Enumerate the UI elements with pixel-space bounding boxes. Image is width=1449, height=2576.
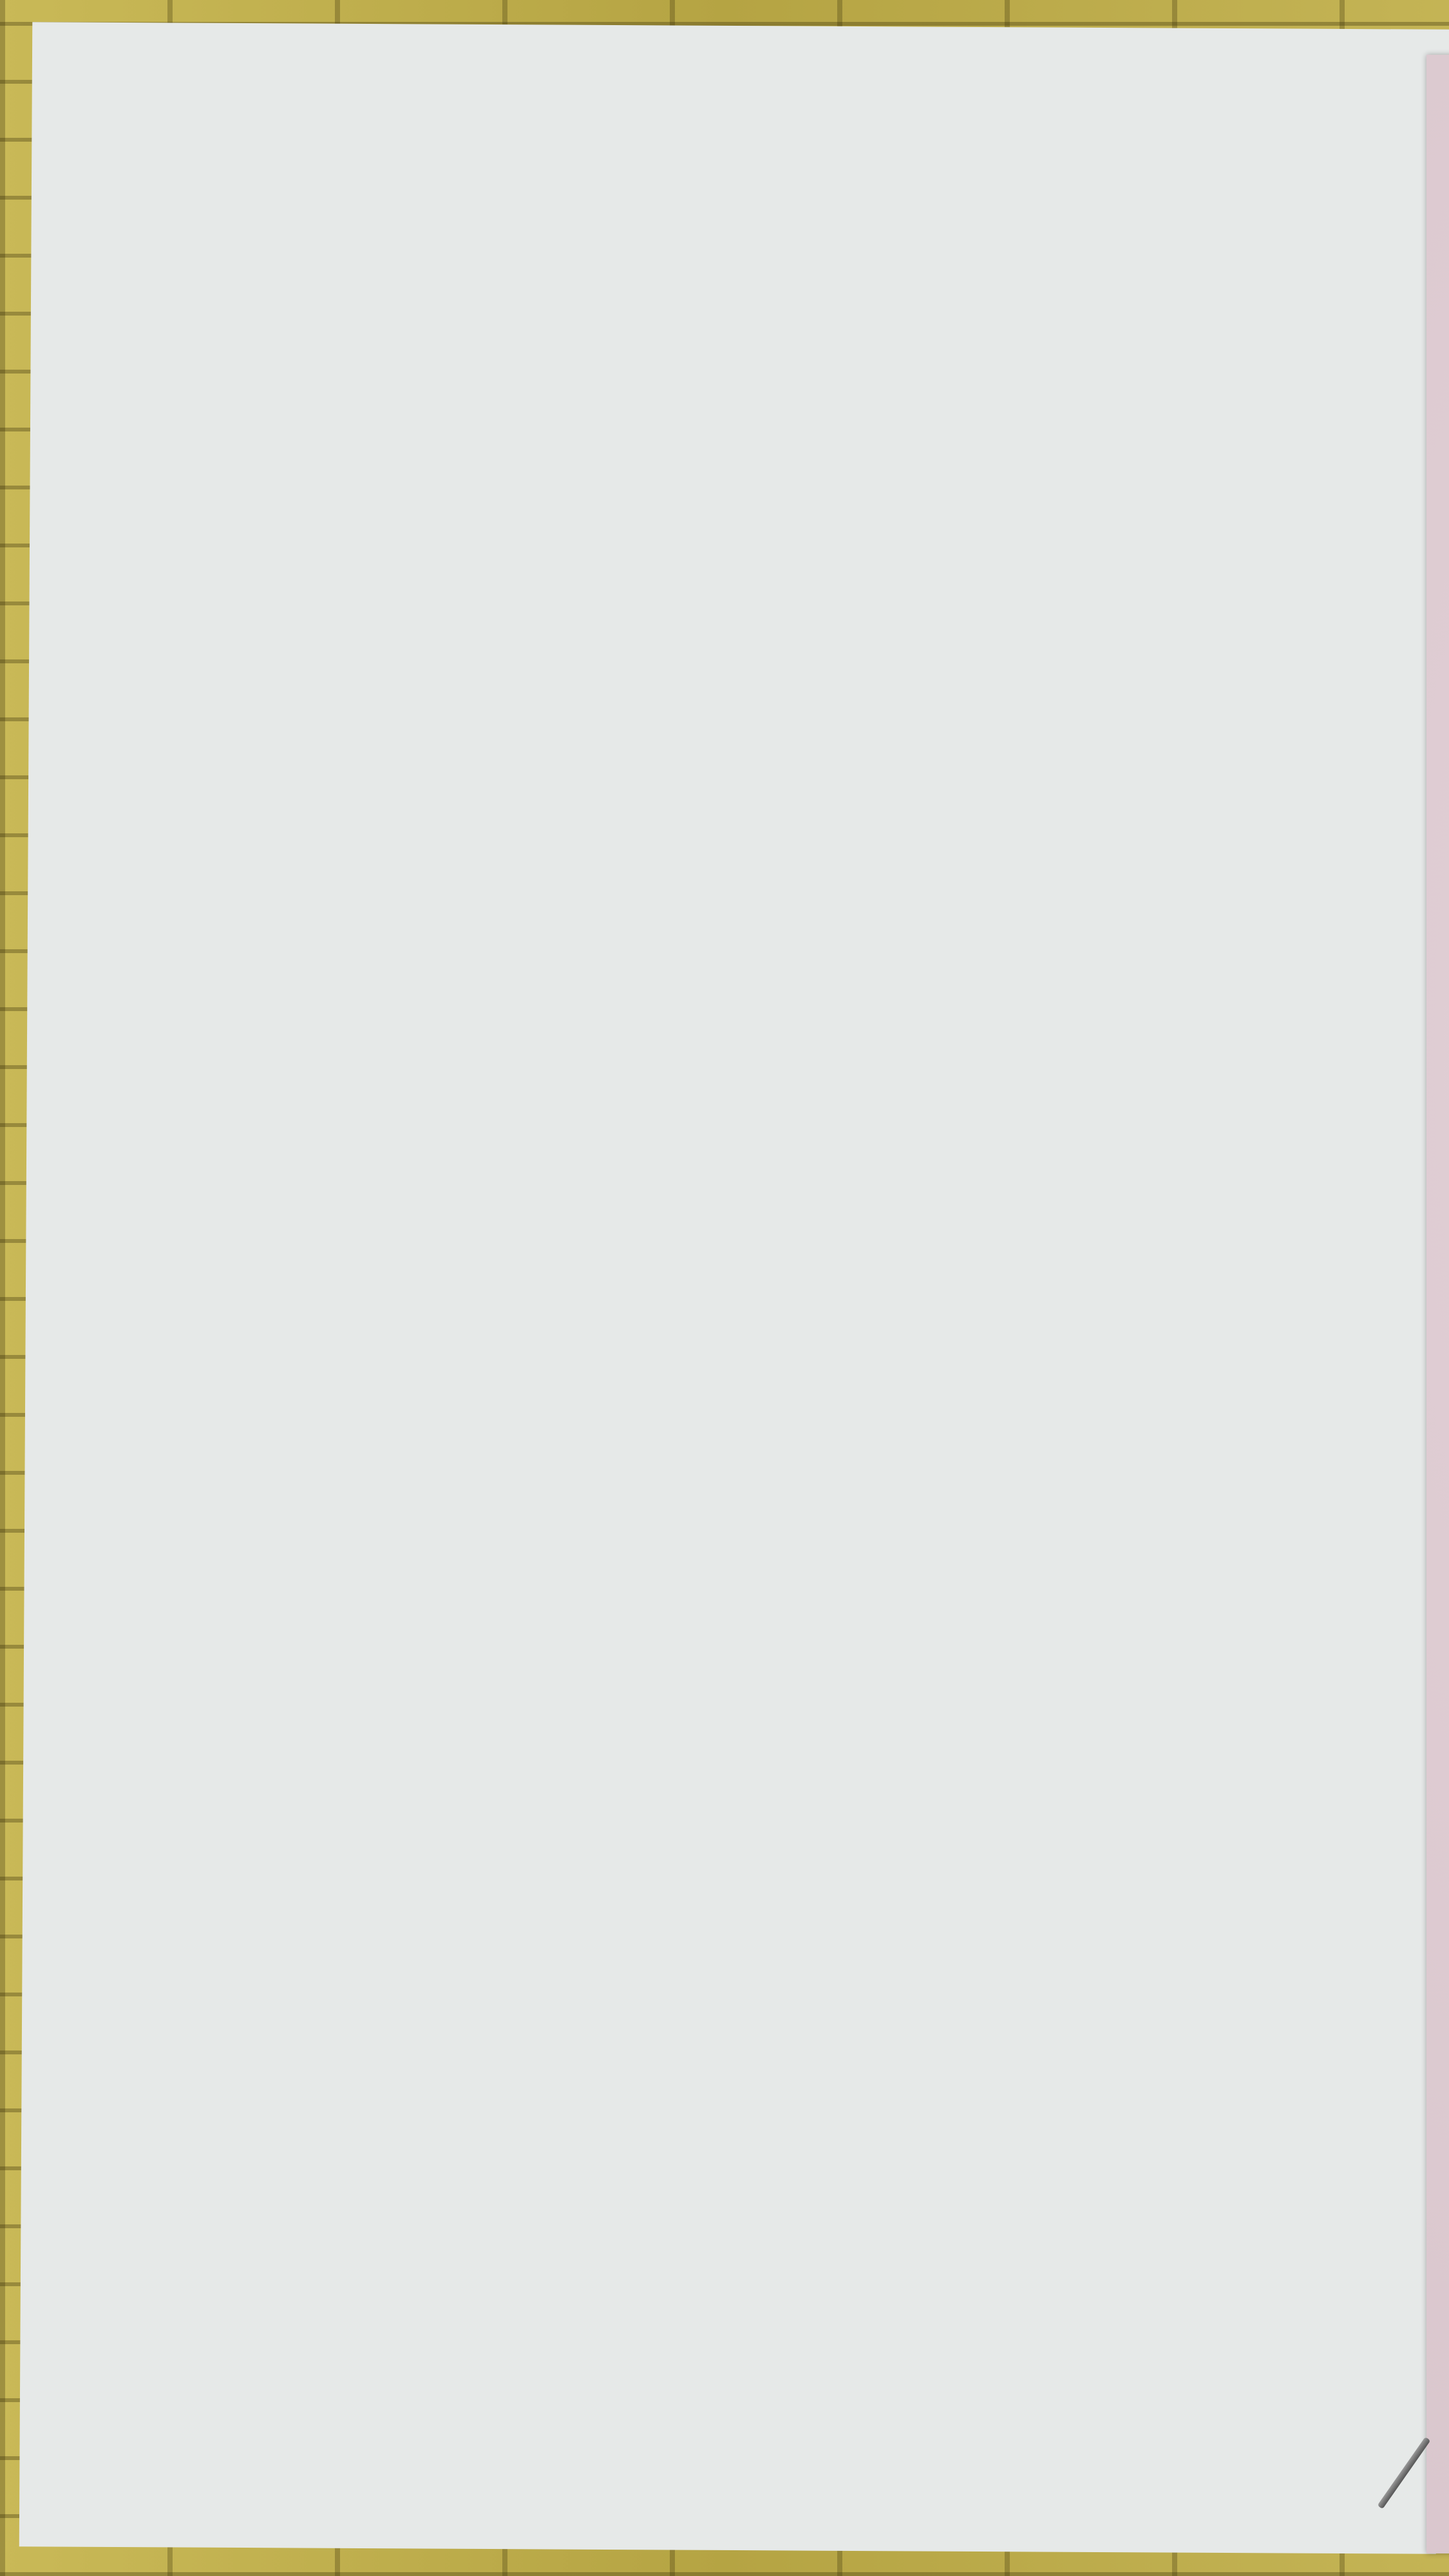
company-name: PT. MITRA INDO BHAKTI UTAMA — [1446, 1562, 1449, 2483]
invoice-paper: PT. MITRA INDO BHAKTI UTAMA NPWP : 03.04… — [1426, 55, 1449, 2553]
underlying-copy-sheet — [19, 22, 1449, 2553]
